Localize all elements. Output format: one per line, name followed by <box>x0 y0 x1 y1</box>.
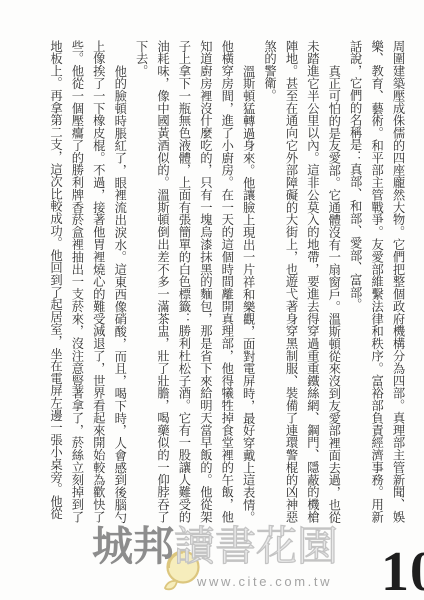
watermark-brand: 城邦讀書花園 <box>92 522 338 571</box>
paragraph: 溫斯頓猛轉過身來。他讓臉上現出一片祥和樂觀，面對電屏時，最好穿戴上這表情。他橫穿… <box>130 40 258 523</box>
paragraph: 真正可怕的是友愛部。它通體沒有一扇窗戶。溫斯頓從來沒到友愛部裡面去過，也從未踏進… <box>258 40 344 523</box>
watermark-brand-light: 讀書花園 <box>174 523 338 569</box>
page-number: 10 <box>381 544 424 600</box>
cite-flower-logo-icon <box>158 548 204 596</box>
paragraph: 周圍建築壓成侏儒的四座龐然大物。它們把整個政府機構分為四部。真理部主管新聞、娛樂… <box>344 40 408 523</box>
watermark-url: www.cite.com.tw <box>197 574 332 589</box>
body-text: 周圍建築壓成侏儒的四座龐然大物。它們把整個政府機構分為四部。真理部主管新聞、娛樂… <box>42 40 408 523</box>
book-page: 城邦讀書花園 www.cite.com.tw 周圍建築壓成侏儒的四座龐然大物。它… <box>0 0 424 600</box>
watermark-brand-bold: 城邦 <box>92 523 174 569</box>
paragraph: 他的臉頓時脹紅了，眼裡流出淚水。這東西像硝酸，而且，喝下時，人會感到後腦勺上像挨… <box>44 40 130 523</box>
